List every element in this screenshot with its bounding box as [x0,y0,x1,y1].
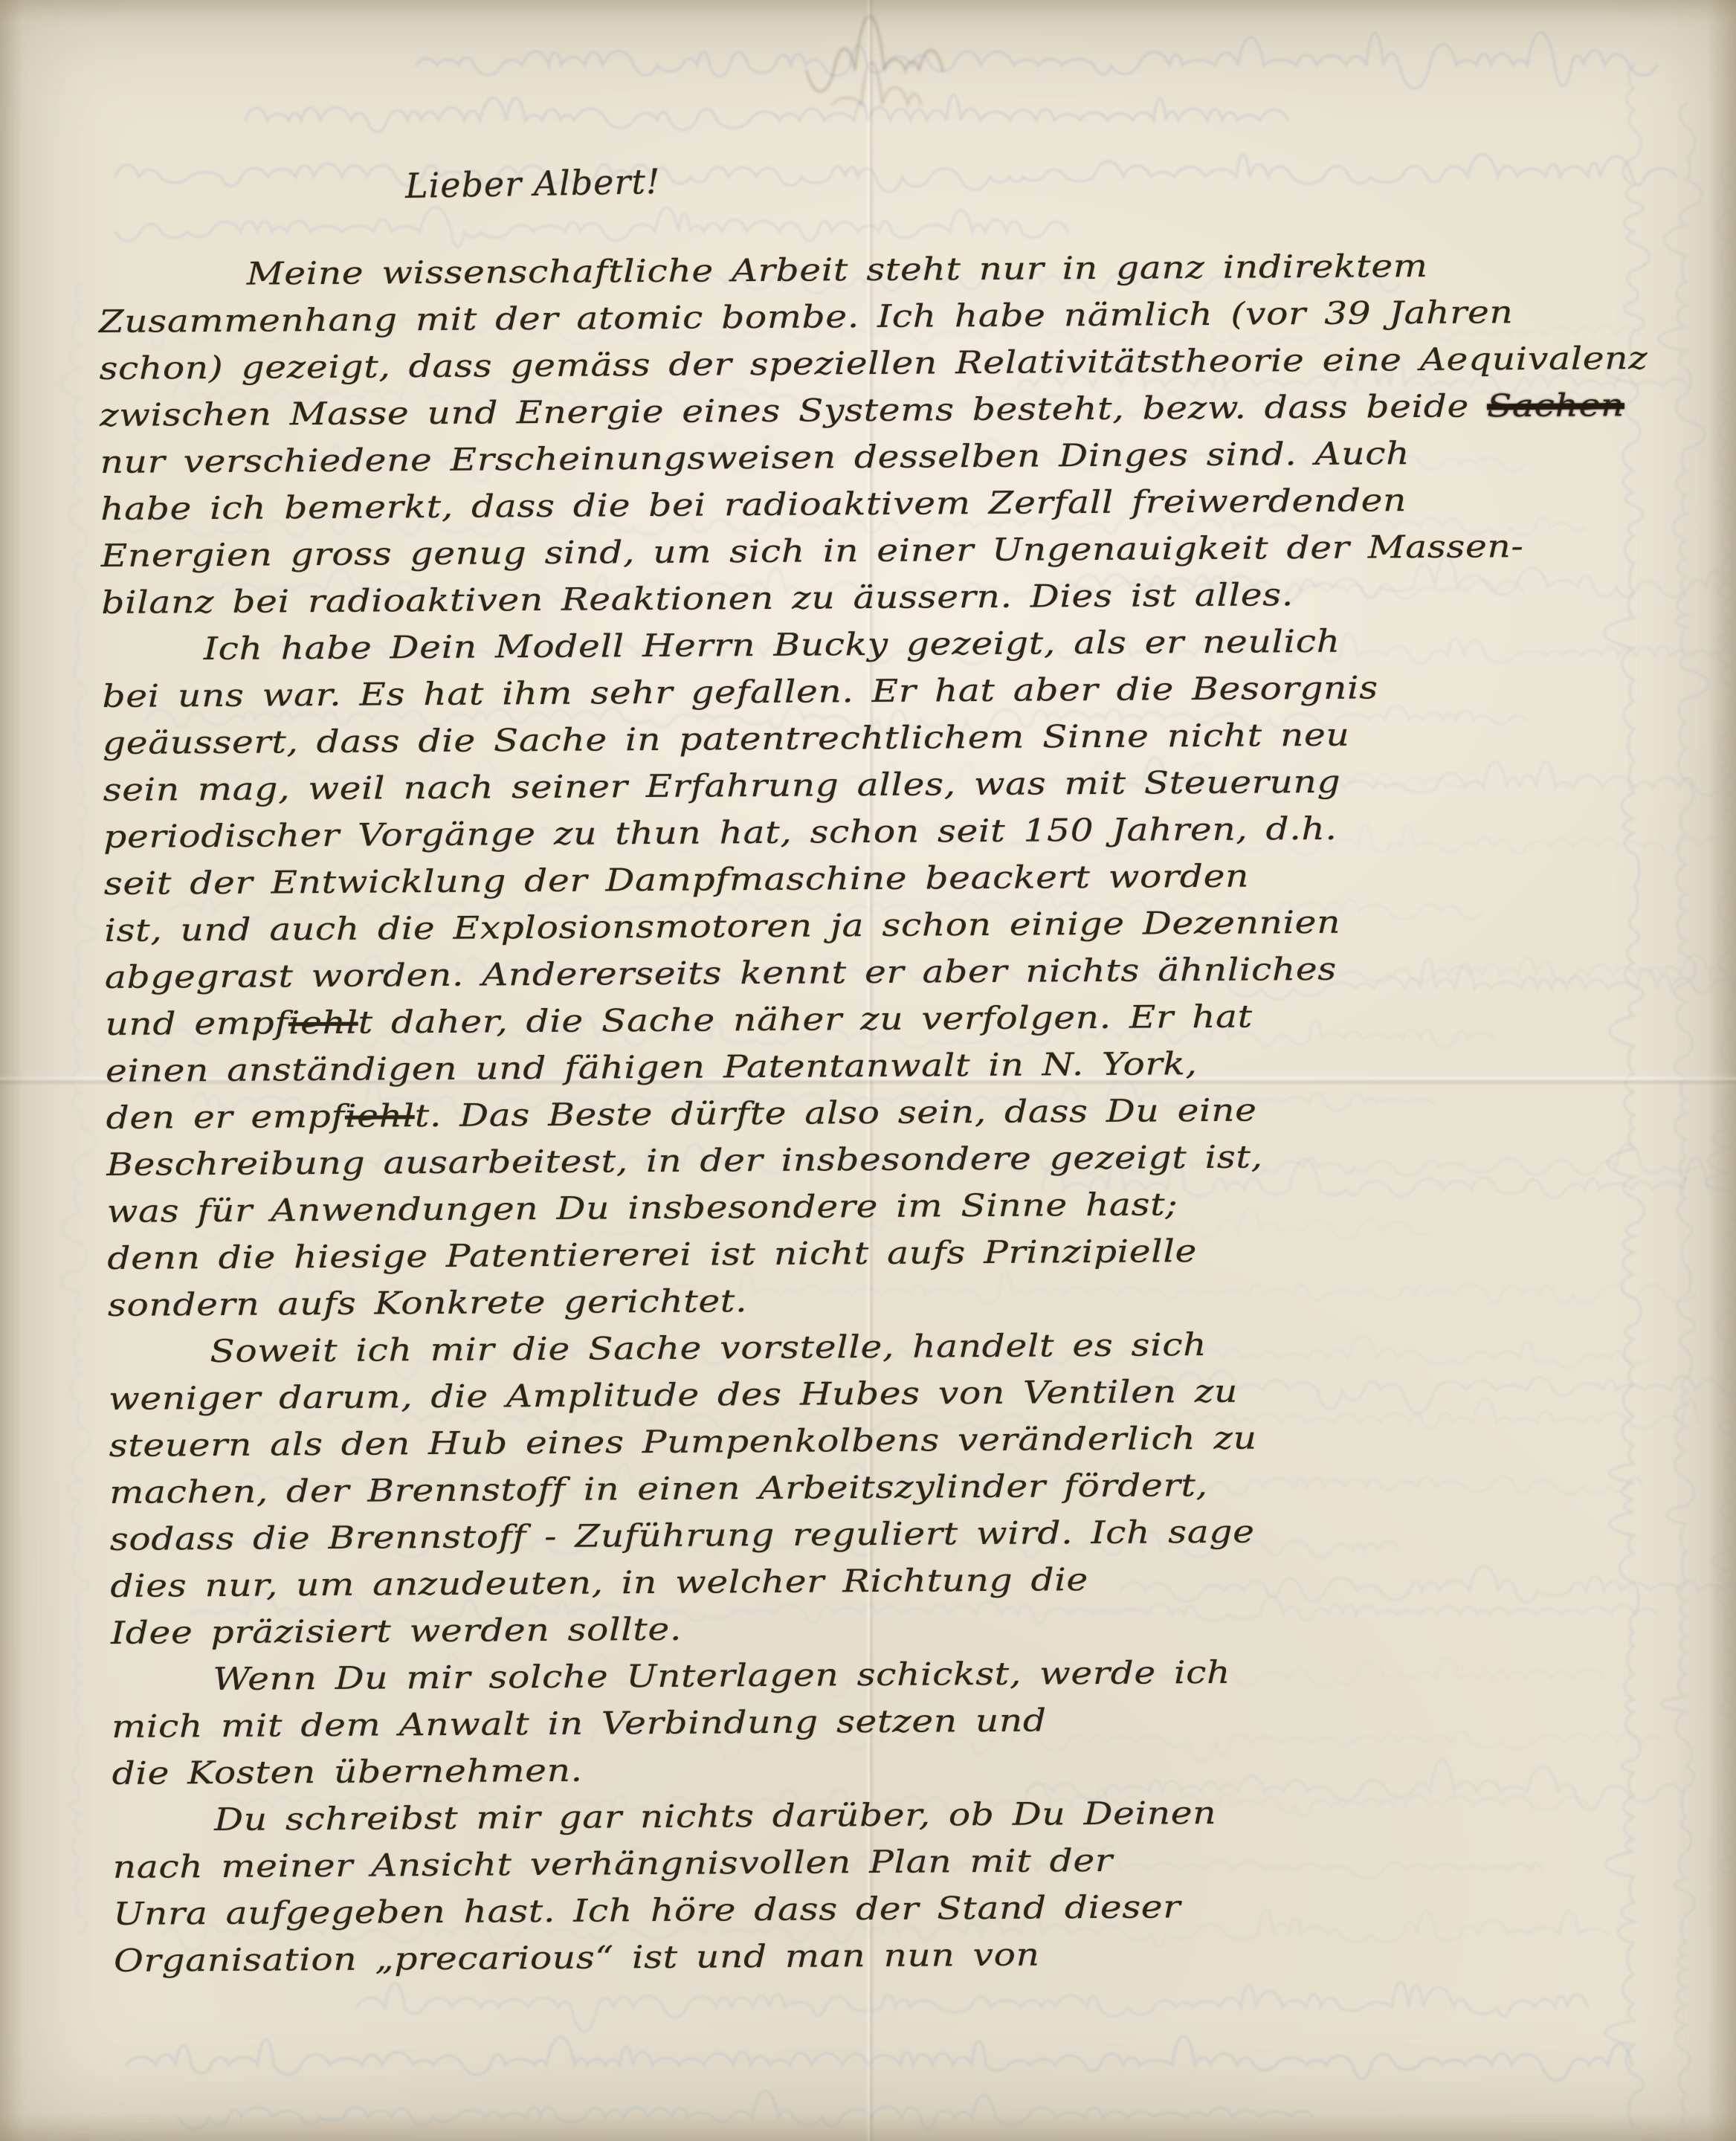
letter-text: Zusammenhang mit der atomic bombe. Ich h… [99,294,1514,340]
pencil-mark [807,16,943,104]
struck-text: iehl [345,1097,415,1134]
letter-text: was für Anwendungen Du insbesondere im S… [107,1186,1178,1230]
letter-body: Meine wissenschaftliche Arbeit steht nur… [98,240,1736,1984]
letter-text: Idee präzisiert werden sollte. [111,1611,682,1651]
letter-text: einen anständigen und fähigen Patentanwa… [106,1045,1198,1089]
letter-page: Lieber Albert! Meine wissenschaftliche A… [0,0,1736,2141]
letter-text: seit der Entwicklung der Dampfmaschine b… [104,858,1250,902]
letter-text: Du schreibst mir gar nichts darüber, ob … [214,1795,1216,1838]
letter-text: und empf [105,1004,288,1042]
letter-text: ist, und auch die Explosionsmotoren ja s… [104,904,1340,949]
letter-text: Unra aufgegeben hast. Ich höre dass der … [113,1888,1181,1932]
letter-text: mich mit dem Anwalt in Verbindung setzen… [112,1702,1047,1745]
letter-text: Wenn Du mir solche Unterlagen schickst, … [213,1654,1230,1697]
letter-text: Beschreibung ausarbeitest, in der insbes… [106,1138,1263,1183]
letter-text: die Kosten übernehmen. [112,1752,582,1792]
letter-text: habe ich bemerkt, dass die bei radioakti… [100,482,1407,527]
letter-text: zwischen Masse und Energie eines Systems… [100,387,1488,433]
letter-text: den er empf [106,1098,345,1136]
letter-text: t daher, die Sache näher zu verfolgen. E… [358,998,1253,1041]
letter-text: Soweit ich mir die Sache vorstelle, hand… [210,1326,1207,1369]
struck-text: Sachen [1487,387,1624,424]
letter-text: t. Das Beste dürfte also sein, dass Du e… [414,1091,1256,1134]
letter-text: abgegrast worden. Andererseits kennt er … [105,951,1337,995]
letter-text: geäussert, dass die Sache in patentrecht… [103,717,1350,761]
letter-text: sodass die Brennstoff - Zuführung reguli… [110,1514,1255,1557]
letter-text: schon) gezeigt, dass gemäss der speziell… [99,340,1648,387]
letter-text: Ich habe Dein Modell Herrn Bucky gezeigt… [204,623,1340,667]
letter-text: nur verschiedene Erscheinungsweisen dess… [100,435,1410,480]
letter-text: sein mag, weil nach seiner Erfahrung all… [103,763,1340,808]
letter-text: bei uns war. Es hat ihm sehr gefallen. E… [102,669,1378,714]
letter-text: machen, der Brennstoff in einen Arbeitsz… [109,1467,1208,1511]
letter-text: steuern als den Hub eines Pumpenkolbens … [109,1419,1256,1463]
letter-text: Meine wissenschaftliche Arbeit steht nur… [247,248,1428,292]
letter-text: weniger darum, die Amplitude des Hubes v… [109,1373,1238,1417]
struck-text: iehl [288,1004,358,1042]
letter-text: dies nur, um anzudeuten, in welcher Rich… [110,1561,1088,1604]
letter-text: periodischer Vorgänge zu thun hat, schon… [103,810,1338,855]
letter-text: denn die hiesige Patentiererei ist nicht… [107,1233,1197,1276]
letter-text: bilanz bei radioaktiven Reaktionen zu äu… [101,576,1294,621]
letter-text: Energien gross genug sind, um sich in ei… [101,528,1524,574]
salutation: Lieber Albert! [405,161,661,206]
letter-text: sondern aufs Konkrete gerichtet. [108,1282,748,1323]
letter-text: Organisation „precarious“ ist und man nu… [114,1936,1040,1978]
letter-text: nach meiner Ansicht verhängnisvollen Pla… [113,1842,1113,1885]
